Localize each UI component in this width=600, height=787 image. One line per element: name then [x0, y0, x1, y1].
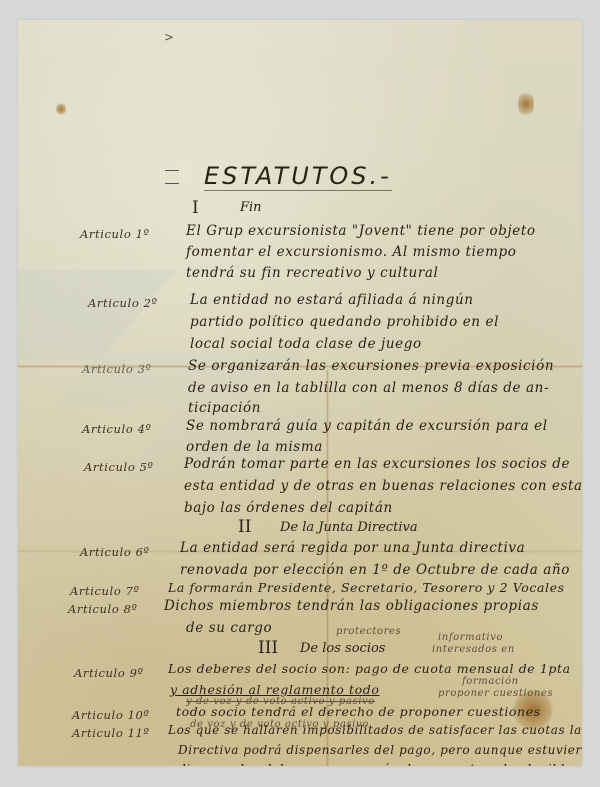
article-line: de su cargo — [186, 620, 272, 636]
section-heading: Fin — [240, 200, 262, 215]
article-line: Se organizarán las excursiones previa ex… — [188, 358, 554, 374]
article-label: Articulo 7º — [70, 584, 140, 598]
article-label: Articulo 10º — [72, 708, 149, 722]
article-line: tendrá su fin recreativo y cultural — [186, 265, 438, 281]
article-line: Podrán tomar parte en las excursiones lo… — [184, 456, 570, 472]
side-annotation: interesados en — [432, 644, 515, 655]
page-title: ESTATUTOS.- — [204, 162, 392, 191]
article-label: Articulo 4º — [82, 422, 152, 436]
article-line: renovada por elección en 1º de Octubre d… — [180, 562, 570, 578]
section-numeral: II — [238, 517, 251, 537]
article-label: Articulo 6º — [80, 545, 150, 559]
article-line: ticipación — [188, 400, 261, 416]
interlinear-note: formación — [462, 676, 519, 687]
article-line: Se nombrará guía y capitán de excursión … — [186, 418, 548, 434]
article-line: local social toda clase de juego — [190, 336, 422, 352]
article-label: Articulo 9º — [74, 666, 144, 680]
article-line: El Grup excursionista "Jovent" tiene por… — [186, 223, 536, 239]
article-line: esta entidad y de otras en buenas relaci… — [184, 478, 582, 494]
heading-annotation: protectores — [336, 626, 401, 637]
section-heading: De la Junta Directiva — [280, 520, 418, 535]
article-line: Dichos miembros tendrán las obligaciones… — [164, 598, 539, 614]
article-label: Articulo 5º — [84, 460, 154, 474]
article-label: Articulo 8º — [68, 602, 138, 616]
article-line: La entidad no estará afiliada á ningún — [190, 292, 474, 308]
rust-stain — [56, 102, 66, 116]
rust-stain — [518, 90, 534, 118]
section-heading: De los socios — [300, 641, 385, 656]
side-annotation: informativo — [438, 632, 503, 643]
article-line: Directiva podrá dispensarles del pago, p… — [178, 743, 582, 757]
article-line: partido político quedando prohibido en e… — [190, 314, 499, 330]
article-line: La formarán Presidente, Secretario, Teso… — [168, 580, 565, 595]
title-dashes — [165, 170, 179, 184]
article-line: Los deberes del socio son: pago de cuota… — [168, 661, 571, 676]
article-line: La entidad será regida por una Junta dir… — [180, 540, 525, 556]
article-label: Articulo 11º — [72, 726, 149, 740]
article-label: Articulo 3º — [82, 362, 152, 376]
section-numeral: III — [258, 638, 278, 658]
article-line: orden de la misma — [186, 439, 323, 455]
article-line: dispensados del pago no gozarán de voz, … — [178, 762, 573, 766]
article-line: todo socio tendrá el derecho de proponer… — [176, 704, 541, 719]
article-label: Articulo 2º — [88, 296, 158, 310]
glare-reflection — [18, 270, 176, 360]
interlinear-note: proponer cuestiones — [438, 688, 553, 699]
section-numeral: I — [192, 198, 199, 218]
corner-mark: > — [164, 30, 175, 44]
article-line: y adhesión al reglamento todo — [170, 682, 379, 697]
manuscript-page: > ESTATUTOS.- I Fin Articulo 1º El Grup … — [18, 20, 582, 766]
article-line: de aviso en la tablilla con al menos 8 d… — [188, 380, 549, 396]
article-line: bajo las órdenes del capitán — [184, 500, 393, 516]
article-line: Los que se hallaren imposibilitados de s… — [168, 723, 582, 737]
article-line: fomentar el excursionismo. Al mismo tiem… — [186, 244, 516, 260]
article-label: Articulo 1º — [80, 227, 150, 241]
